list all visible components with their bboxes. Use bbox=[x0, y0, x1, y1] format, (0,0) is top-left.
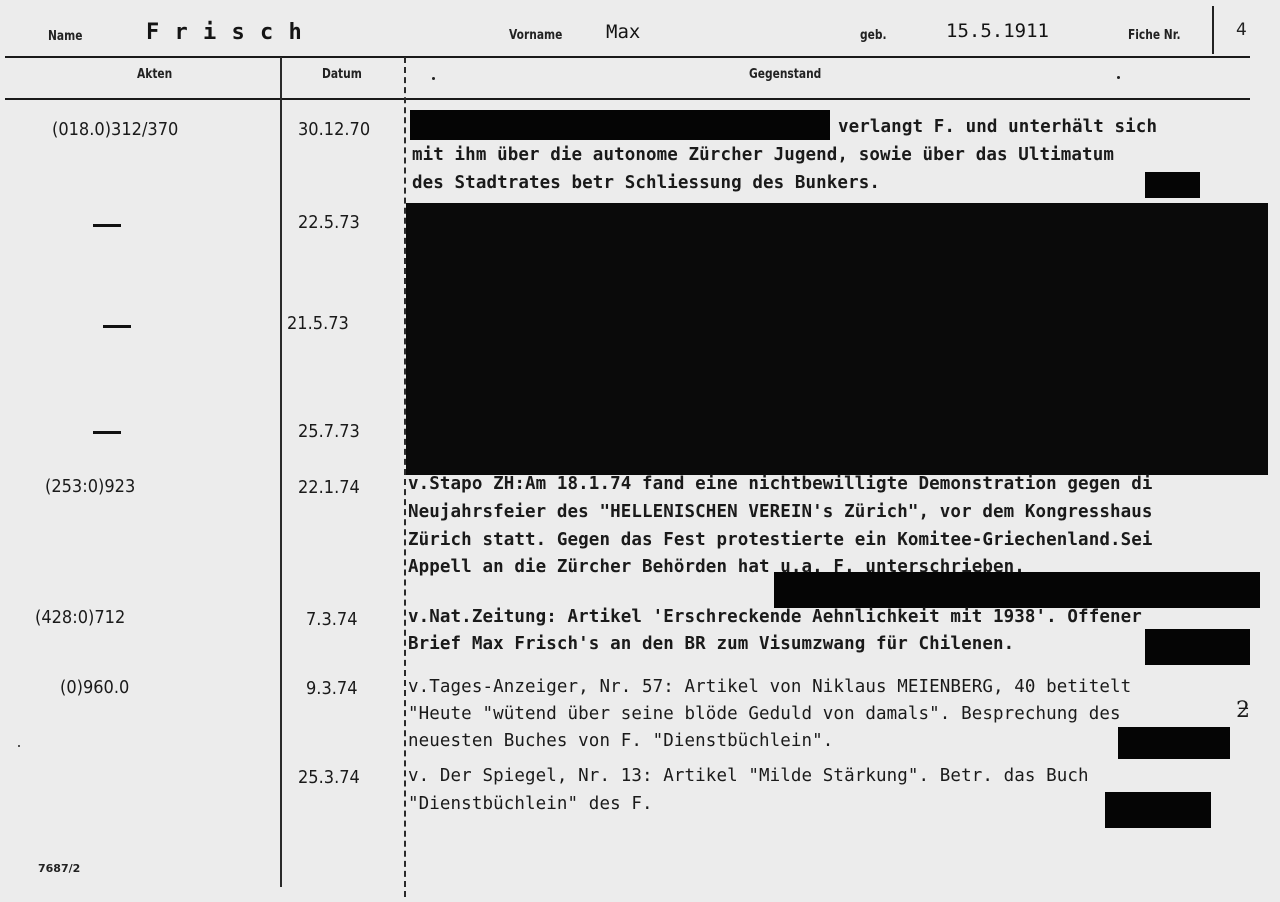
birth-date: 15.5.1911 bbox=[946, 20, 1049, 42]
vorname-value: Max bbox=[606, 21, 640, 43]
redaction-block bbox=[774, 572, 1260, 608]
geb-label: geb. bbox=[860, 28, 887, 43]
entry-text-line: Neujahrsfeier des "HELLENISCHEN VEREIN's… bbox=[408, 502, 1153, 522]
entry-text-line: mit ihm über die autonome Zürcher Jugend… bbox=[412, 145, 1114, 165]
entry-text-line: v.Stapo ZH:Am 18.1.74 fand eine nichtbew… bbox=[408, 474, 1153, 494]
entry-text-line: des Stadtrates betr Schliessung des Bunk… bbox=[412, 173, 880, 193]
column-divider-akten-datum bbox=[280, 57, 283, 887]
form-number: 7687/2 bbox=[38, 862, 80, 875]
entry-date: 25.3.74 bbox=[298, 767, 360, 788]
column-divider-datum-gegenstand bbox=[404, 57, 407, 897]
entry-date: 22.1.74 bbox=[298, 477, 360, 498]
redaction-block bbox=[410, 110, 830, 140]
entry-date: 25.7.73 bbox=[298, 421, 360, 442]
fiche-divider bbox=[1212, 6, 1214, 54]
column-header-gegenstand: Gegenstand bbox=[749, 67, 821, 82]
name-value: F r i s c h bbox=[146, 20, 303, 45]
entry-akten: (018.0)312/370 bbox=[52, 119, 178, 140]
entry-date: 9.3.74 bbox=[306, 678, 358, 699]
entry-date: 30.12.70 bbox=[298, 119, 370, 140]
redaction-block bbox=[1145, 629, 1250, 665]
redaction-block-large bbox=[406, 203, 1268, 475]
name-label: Name bbox=[48, 29, 82, 44]
entry-text-line: v. Der Spiegel, Nr. 13: Artikel "Milde S… bbox=[408, 766, 1089, 786]
entry-text-line: v.Tages-Anzeiger, Nr. 57: Artikel von Ni… bbox=[408, 677, 1131, 697]
akten-dash bbox=[93, 431, 121, 434]
fiche-number: 4 bbox=[1236, 20, 1247, 40]
redaction-block bbox=[1118, 727, 1230, 759]
margin-mark: ƻ bbox=[1236, 698, 1250, 723]
entry-akten: (253:0)923 bbox=[45, 476, 135, 497]
column-header-akten: Akten bbox=[137, 67, 172, 82]
entry-date: 7.3.74 bbox=[306, 609, 358, 630]
speck bbox=[1117, 76, 1120, 79]
akten-dash bbox=[93, 224, 121, 227]
column-header-datum: Datum bbox=[322, 67, 362, 82]
entry-date: 22.5.73 bbox=[298, 212, 360, 233]
header-rule bbox=[5, 56, 1250, 58]
column-header-rule bbox=[5, 98, 1250, 100]
fiche-label: Fiche Nr. bbox=[1128, 28, 1181, 43]
redaction-block bbox=[1145, 172, 1200, 198]
entry-text-line: "Dienstbüchlein" des F. bbox=[408, 794, 653, 814]
entry-text-line: v.Nat.Zeitung: Artikel 'Erschreckende Ae… bbox=[408, 607, 1142, 627]
vorname-label: Vorname bbox=[509, 28, 562, 43]
entry-text-line: Zürich statt. Gegen das Fest protestiert… bbox=[408, 530, 1153, 550]
entry-text-line: "Heute "wütend über seine blöde Geduld v… bbox=[408, 704, 1121, 724]
speck bbox=[432, 77, 435, 80]
entry-akten: (428:0)712 bbox=[35, 607, 125, 628]
entry-text-line: neuesten Buches von F. "Dienstbüchlein". bbox=[408, 731, 833, 751]
entry-date: 21.5.73 bbox=[287, 313, 349, 334]
akten-dash bbox=[103, 325, 131, 328]
redaction-block bbox=[1105, 792, 1211, 828]
speck bbox=[18, 745, 20, 747]
entry-akten: (0)960.0 bbox=[60, 677, 129, 698]
entry-text-line: verlangt F. und unterhält sich bbox=[838, 117, 1157, 137]
entry-text-line: Brief Max Frisch's an den BR zum Visumzw… bbox=[408, 634, 1014, 654]
